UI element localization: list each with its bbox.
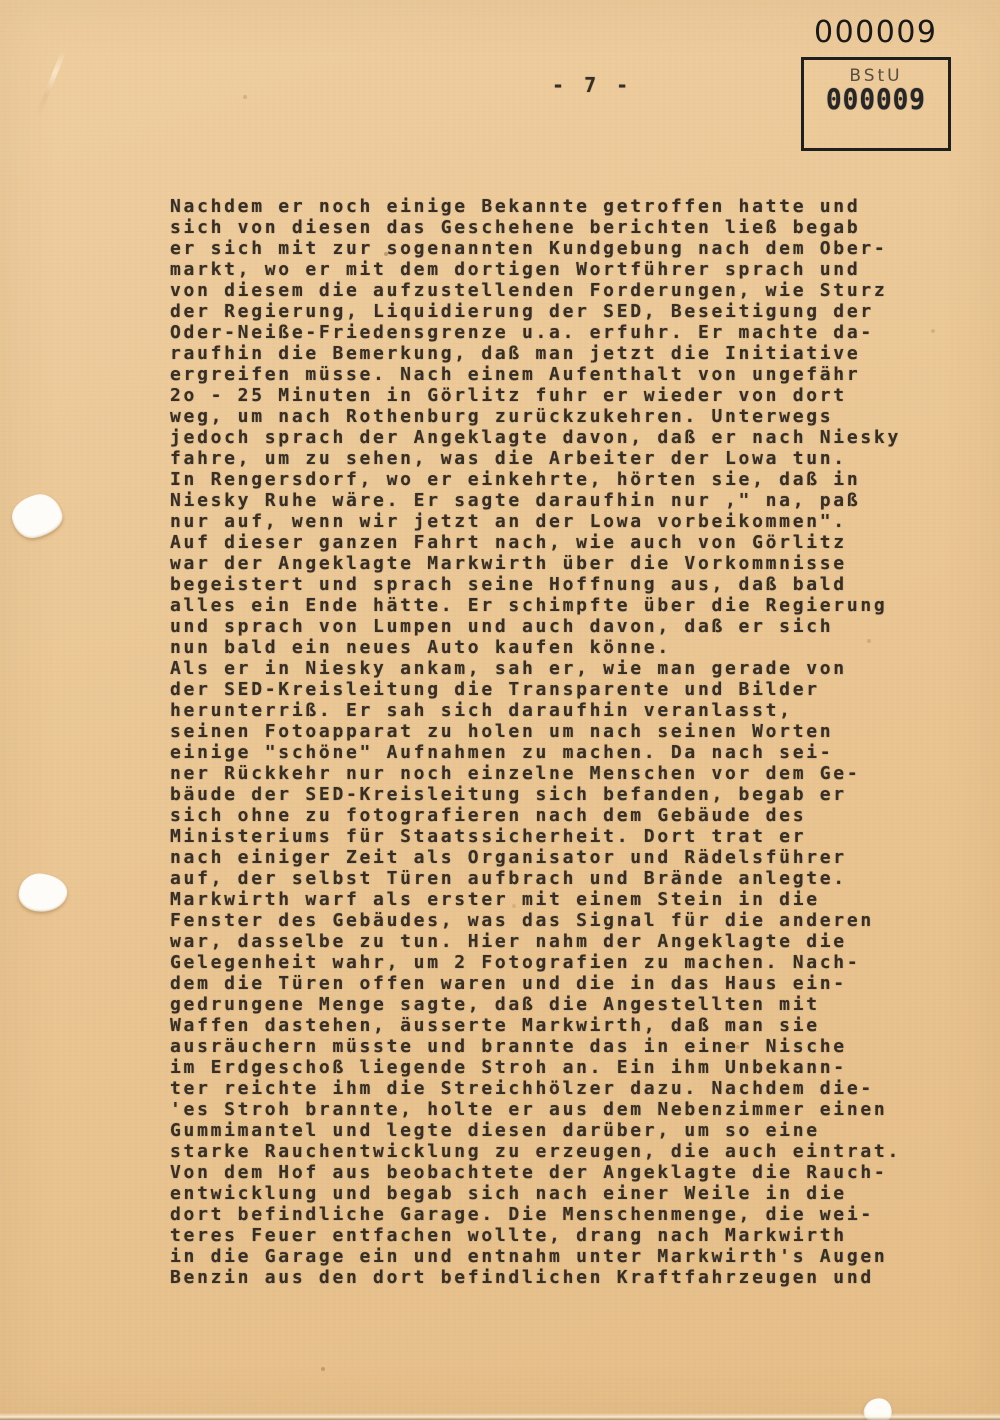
- paper-specks: [0, 0, 2, 2]
- archive-serial-number: 000009: [814, 17, 938, 49]
- paper-hole-top: [8, 490, 66, 541]
- paper-tear-bottom-edge: [861, 1395, 894, 1420]
- stamp-organization-label: BStU: [804, 67, 948, 86]
- page-number: - 7 -: [552, 74, 632, 96]
- bstu-archive-stamp: BStU 000009: [801, 57, 951, 151]
- paper-crease: [35, 50, 67, 119]
- document-page: - 7 - 000009 BStU 000009 Nachdem er noch…: [0, 0, 1000, 1420]
- stamp-serial-number: 000009: [804, 86, 948, 116]
- typed-body-text: Nachdem er noch einige Bekannte getroffe…: [170, 196, 901, 1288]
- paper-hole-bottom: [17, 871, 70, 915]
